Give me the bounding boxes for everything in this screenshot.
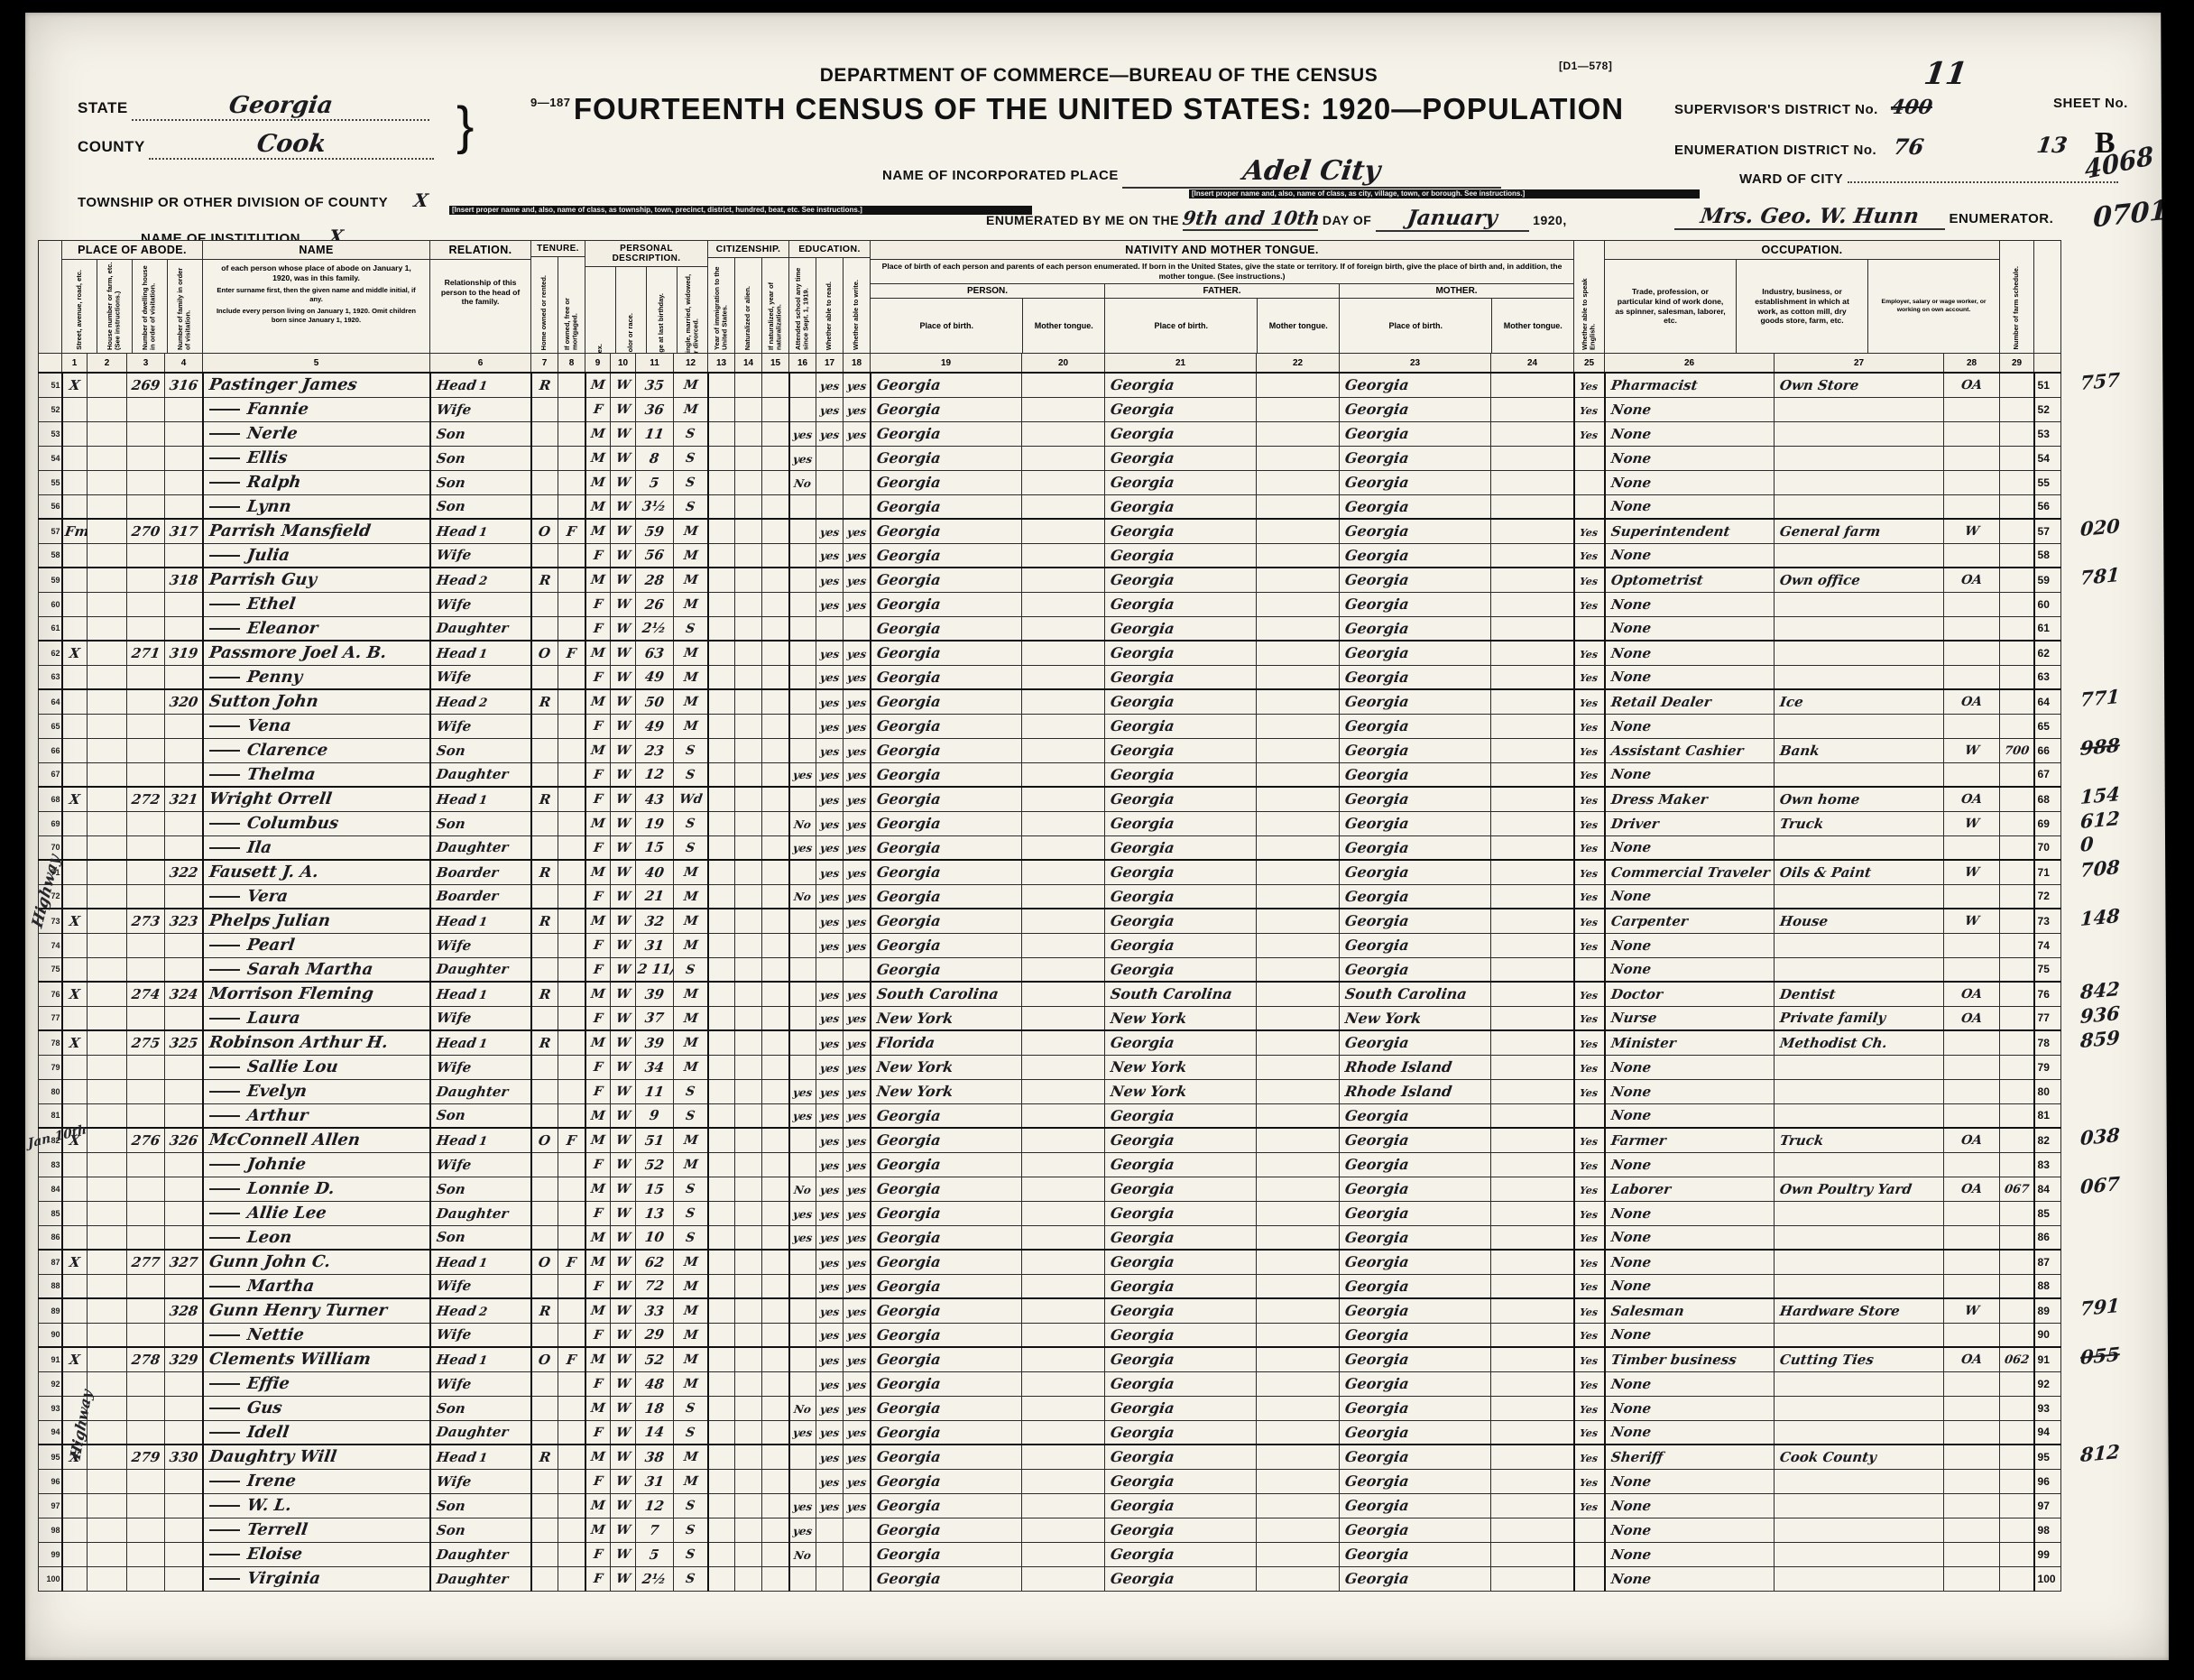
table-row: 94IdellDaughterFW14SyesyesyesGeorgiaGeor… bbox=[39, 1420, 2061, 1445]
line-number-right: 64 bbox=[2034, 689, 2061, 714]
cell-birthplace-mother: Georgia bbox=[1340, 689, 1491, 714]
cell-immigration-year bbox=[708, 1201, 735, 1225]
cell-speaks-english: Yes bbox=[1574, 1371, 1605, 1396]
farm-schedule-col-label: Number of farm schedule. bbox=[2013, 266, 2021, 350]
cell-color-race: W bbox=[611, 1420, 636, 1445]
cell-birthplace-person: Georgia bbox=[871, 1445, 1022, 1469]
cell-trade: None bbox=[1605, 1079, 1775, 1103]
marital-status-col-label: Single, married, widowed, or divorced. bbox=[685, 267, 700, 354]
cell-dwelling-number bbox=[127, 1152, 165, 1177]
cell-birthplace-person: Georgia bbox=[871, 1371, 1022, 1396]
cell-dwelling-number bbox=[127, 568, 165, 592]
cell-dwelling-number bbox=[127, 738, 165, 762]
nativity-note: Place of birth of each person and parent… bbox=[871, 260, 1573, 284]
cell-employer-code bbox=[1944, 1469, 2000, 1493]
cell-mortgage bbox=[558, 1566, 585, 1591]
cell-mother-tongue-mother bbox=[1491, 568, 1574, 592]
cell-marital-status: S bbox=[674, 421, 708, 446]
cell-age: 40 bbox=[636, 860, 674, 884]
cell-dwelling-number bbox=[127, 933, 165, 957]
cell-mother-tongue-mother bbox=[1491, 641, 1574, 665]
cell-mother-tongue-father bbox=[1257, 1152, 1340, 1177]
cell-able-to-read: yes bbox=[816, 860, 843, 884]
cell-birthplace-person: Georgia bbox=[871, 860, 1022, 884]
cell-marital-status: M bbox=[674, 689, 708, 714]
cell-trade: Doctor bbox=[1605, 982, 1775, 1006]
line-number-right: 76 bbox=[2034, 982, 2061, 1006]
cell-naturalized bbox=[735, 1177, 762, 1201]
cell-able-to-read: yes bbox=[816, 1128, 843, 1152]
table-row: 72VeraBoarderFW21MNoyesyesGeorgiaGeorgia… bbox=[39, 884, 2061, 909]
cell-dwelling-number bbox=[127, 1006, 165, 1030]
cell-birthplace-person: Georgia bbox=[871, 811, 1022, 835]
cell-color-race: W bbox=[611, 592, 636, 616]
cell-house-number bbox=[88, 494, 127, 519]
cell-speaks-english bbox=[1574, 1542, 1605, 1566]
cell-able-to-write: yes bbox=[843, 1469, 871, 1493]
cell-age: 59 bbox=[636, 519, 674, 543]
line-number-left: 86 bbox=[39, 1225, 62, 1250]
cell-color-race: W bbox=[611, 1128, 636, 1152]
mother-mother-tongue-label: Mother tongue. bbox=[1492, 299, 1573, 353]
cell-farm-schedule: 067 bbox=[2000, 1177, 2034, 1201]
cell-name: Leon bbox=[203, 1225, 430, 1250]
cell-mother-tongue-father bbox=[1257, 1298, 1340, 1323]
col-number-8: 8 bbox=[558, 354, 585, 374]
cell-mortgage bbox=[558, 592, 585, 616]
cell-birthplace-mother: Georgia bbox=[1340, 494, 1491, 519]
cell-birthplace-mother: Georgia bbox=[1340, 665, 1491, 689]
cell-mother-tongue-person bbox=[1022, 1445, 1105, 1469]
cell-immigration-year bbox=[708, 860, 735, 884]
cell-able-to-write bbox=[843, 957, 871, 982]
cell-employer-code: OA bbox=[1944, 568, 2000, 592]
cell-able-to-write: yes bbox=[843, 641, 871, 665]
line-number-left: 84 bbox=[39, 1177, 62, 1201]
col-number-5: 5 bbox=[203, 354, 430, 374]
line-number-left: 55 bbox=[39, 470, 62, 494]
line-number-right: 85 bbox=[2034, 1201, 2061, 1225]
cell-naturalized bbox=[735, 568, 762, 592]
line-number-right: 71 bbox=[2034, 860, 2061, 884]
cell-mortgage: F bbox=[558, 1128, 585, 1152]
cell-birthplace-father: Georgia bbox=[1105, 543, 1257, 568]
cell-mother-tongue-person bbox=[1022, 1542, 1105, 1566]
cell-able-to-read: yes bbox=[816, 1201, 843, 1225]
line-number-left: 93 bbox=[39, 1396, 62, 1420]
cell-age: 50 bbox=[636, 689, 674, 714]
col-number-15: 15 bbox=[762, 354, 789, 374]
col-number-20: 20 bbox=[1022, 354, 1105, 374]
cell-birthplace-person: Georgia bbox=[871, 1566, 1022, 1591]
cell-employer-code bbox=[1944, 1103, 2000, 1128]
cell-birthplace-person: Georgia bbox=[871, 470, 1022, 494]
cell-dwelling-number bbox=[127, 1542, 165, 1566]
cell-mother-tongue-person bbox=[1022, 446, 1105, 470]
cell-color-race: W bbox=[611, 1177, 636, 1201]
cell-dwelling-number bbox=[127, 446, 165, 470]
cell-street bbox=[62, 1177, 88, 1201]
cell-mortgage bbox=[558, 1103, 585, 1128]
cell-able-to-write bbox=[843, 1542, 871, 1566]
cell-industry bbox=[1775, 1250, 1944, 1274]
cell-attended-school bbox=[789, 738, 816, 762]
cell-sex: F bbox=[585, 835, 611, 860]
cell-birthplace-mother: Georgia bbox=[1340, 714, 1491, 738]
cell-immigration-year bbox=[708, 1274, 735, 1298]
cell-employer-code bbox=[1944, 397, 2000, 421]
cell-color-race: W bbox=[611, 1518, 636, 1542]
enumeration-district-line: ENUMERATION DISTRICT No. 76 bbox=[1674, 134, 1923, 160]
father-place-of-birth-label: Place of birth. bbox=[1105, 299, 1258, 353]
cell-mother-tongue-person bbox=[1022, 421, 1105, 446]
cell-attended-school bbox=[789, 860, 816, 884]
cell-birthplace-mother: Georgia bbox=[1340, 787, 1491, 811]
line-number-right: 83 bbox=[2034, 1152, 2061, 1177]
cell-employer-code: W bbox=[1944, 519, 2000, 543]
cell-age: 11 bbox=[636, 1079, 674, 1103]
cell-employer-code: OA bbox=[1944, 1006, 2000, 1030]
cell-employer-code bbox=[1944, 1079, 2000, 1103]
cell-trade: None bbox=[1605, 397, 1775, 421]
cell-birthplace-father: New York bbox=[1105, 1055, 1257, 1079]
line-number-right: 77 bbox=[2034, 1006, 2061, 1030]
cell-mortgage bbox=[558, 835, 585, 860]
cell-birthplace-father: New York bbox=[1105, 1079, 1257, 1103]
cell-naturalized bbox=[735, 762, 762, 787]
cell-speaks-english: Yes bbox=[1574, 641, 1605, 665]
line-number-right: 100 bbox=[2034, 1566, 2061, 1591]
cell-employer-code bbox=[1944, 884, 2000, 909]
cell-relation: Head2 bbox=[430, 689, 531, 714]
age-col-label: Age at last birthday. bbox=[658, 293, 666, 354]
cell-color-race: W bbox=[611, 909, 636, 933]
line-number-left: 88 bbox=[39, 1274, 62, 1298]
cell-dwelling-number bbox=[127, 592, 165, 616]
cell-name: Pastinger James bbox=[203, 373, 430, 397]
cell-color-race: W bbox=[611, 1250, 636, 1274]
cell-speaks-english: Yes bbox=[1574, 1225, 1605, 1250]
cell-color-race: W bbox=[611, 519, 636, 543]
line-number-left: 96 bbox=[39, 1469, 62, 1493]
cell-tenure bbox=[531, 421, 558, 446]
cell-age: 39 bbox=[636, 982, 674, 1006]
line-number-left: 98 bbox=[39, 1518, 62, 1542]
cell-birthplace-person: Georgia bbox=[871, 689, 1022, 714]
cell-street bbox=[62, 1152, 88, 1177]
cell-birthplace-mother: Georgia bbox=[1340, 1371, 1491, 1396]
cell-industry bbox=[1775, 1493, 1944, 1518]
margin-number-line-76: 842 bbox=[2079, 977, 2120, 1003]
cell-birthplace-father: Georgia bbox=[1105, 714, 1257, 738]
cell-naturalization-year bbox=[762, 592, 789, 616]
line-number-right: 99 bbox=[2034, 1542, 2061, 1566]
cell-color-race: W bbox=[611, 543, 636, 568]
cell-farm-schedule bbox=[2000, 1445, 2034, 1469]
cell-family-number bbox=[165, 1006, 203, 1030]
census-title: FOURTEENTH CENSUS OF THE UNITED STATES: … bbox=[512, 92, 1685, 126]
cell-color-race: W bbox=[611, 1371, 636, 1396]
cell-relation: Wife bbox=[430, 1055, 531, 1079]
cell-able-to-write: yes bbox=[843, 1006, 871, 1030]
cell-mother-tongue-mother bbox=[1491, 470, 1574, 494]
cell-birthplace-father: Georgia bbox=[1105, 1030, 1257, 1055]
col-number-7: 7 bbox=[531, 354, 558, 374]
table-row: 83JohnieWifeFW52MyesyesGeorgiaGeorgiaGeo… bbox=[39, 1152, 2061, 1177]
cell-able-to-write: yes bbox=[843, 373, 871, 397]
cell-birthplace-mother: South Carolina bbox=[1340, 982, 1491, 1006]
occupation-header: OCCUPATION. Trade, profession, or partic… bbox=[1605, 241, 2000, 354]
cell-industry bbox=[1775, 665, 1944, 689]
line-number-left: 68 bbox=[39, 787, 62, 811]
sheet-number: 13 bbox=[2035, 132, 2069, 158]
cell-mother-tongue-person bbox=[1022, 1055, 1105, 1079]
farm-schedule-header: Number of farm schedule. bbox=[2000, 241, 2034, 354]
table-row: 53NerleSonMW11SyesyesyesGeorgiaGeorgiaGe… bbox=[39, 421, 2061, 446]
cell-naturalization-year bbox=[762, 1493, 789, 1518]
cell-employer-code bbox=[1944, 470, 2000, 494]
cell-attended-school bbox=[789, 787, 816, 811]
name-note-3: Include every person living on January 1… bbox=[207, 305, 426, 326]
cell-street bbox=[62, 665, 88, 689]
cell-immigration-year bbox=[708, 421, 735, 446]
cell-birthplace-father: Georgia bbox=[1105, 1103, 1257, 1128]
cell-mother-tongue-father bbox=[1257, 543, 1340, 568]
cell-trade: Superintendent bbox=[1605, 519, 1775, 543]
cell-relation: Daughter bbox=[430, 1079, 531, 1103]
naturalized-col-label: Naturalized or alien. bbox=[744, 286, 752, 350]
cell-mortgage bbox=[558, 1420, 585, 1445]
cell-trade: None bbox=[1605, 884, 1775, 909]
cell-mother-tongue-person bbox=[1022, 1274, 1105, 1298]
cell-birthplace-person: Georgia bbox=[871, 884, 1022, 909]
cell-birthplace-mother: Georgia bbox=[1340, 373, 1491, 397]
name-title: NAME bbox=[203, 241, 429, 260]
cell-house-number bbox=[88, 1030, 127, 1055]
table-row: 60EthelWifeFW26MyesyesGeorgiaGeorgiaGeor… bbox=[39, 592, 2061, 616]
cell-relation: Wife bbox=[430, 714, 531, 738]
table-row: 86LeonSonMW10SyesyesyesGeorgiaGeorgiaGeo… bbox=[39, 1225, 2061, 1250]
cell-sex: F bbox=[585, 1055, 611, 1079]
cell-birthplace-father: Georgia bbox=[1105, 762, 1257, 787]
margin-number-line-71: 708 bbox=[2079, 855, 2120, 882]
cell-speaks-english: Yes bbox=[1574, 421, 1605, 446]
cell-mother-tongue-person bbox=[1022, 543, 1105, 568]
sex-col-label: Sex. bbox=[596, 344, 604, 354]
cell-immigration-year bbox=[708, 519, 735, 543]
line-number-left: 95 bbox=[39, 1445, 62, 1469]
cell-color-race: W bbox=[611, 373, 636, 397]
table-row: 96IreneWifeFW31MyesyesGeorgiaGeorgiaGeor… bbox=[39, 1469, 2061, 1493]
cell-speaks-english: Yes bbox=[1574, 1493, 1605, 1518]
cell-attended-school bbox=[789, 909, 816, 933]
enumeration-district-value: 76 bbox=[1892, 134, 1925, 160]
cell-birthplace-father: Georgia bbox=[1105, 957, 1257, 982]
cell-marital-status: M bbox=[674, 1006, 708, 1030]
cell-age: 48 bbox=[636, 1371, 674, 1396]
cell-name: Sallie Lou bbox=[203, 1055, 430, 1079]
cell-mortgage bbox=[558, 494, 585, 519]
cell-age: 12 bbox=[636, 1493, 674, 1518]
cell-sex: F bbox=[585, 787, 611, 811]
cell-industry: House bbox=[1775, 909, 1944, 933]
cell-street bbox=[62, 543, 88, 568]
cell-speaks-english: Yes bbox=[1574, 714, 1605, 738]
cell-birthplace-mother: Georgia bbox=[1340, 835, 1491, 860]
line-number-left: 57 bbox=[39, 519, 62, 543]
enumeration-district-label: ENUMERATION DISTRICT No. bbox=[1674, 143, 1876, 158]
cell-birthplace-person: Georgia bbox=[871, 1152, 1022, 1177]
cell-naturalization-year bbox=[762, 909, 789, 933]
cell-birthplace-person: Georgia bbox=[871, 592, 1022, 616]
cell-able-to-read bbox=[816, 446, 843, 470]
cell-mother-tongue-father bbox=[1257, 1371, 1340, 1396]
cell-industry: Truck bbox=[1775, 811, 1944, 835]
cell-sex: M bbox=[585, 373, 611, 397]
cell-mother-tongue-mother bbox=[1491, 1518, 1574, 1542]
cell-employer-code bbox=[1944, 665, 2000, 689]
cell-trade: Nurse bbox=[1605, 1006, 1775, 1030]
cell-naturalized bbox=[735, 1493, 762, 1518]
cell-naturalization-year bbox=[762, 519, 789, 543]
cell-family-number: 320 bbox=[165, 689, 203, 714]
cell-age: 2½ bbox=[636, 1566, 674, 1591]
cell-age: 5 bbox=[636, 1542, 674, 1566]
cell-sex: F bbox=[585, 1323, 611, 1347]
margin-number-line-78: 859 bbox=[2079, 1026, 2120, 1052]
cell-color-race: W bbox=[611, 1493, 636, 1518]
cell-mother-tongue-mother bbox=[1491, 543, 1574, 568]
cell-trade: None bbox=[1605, 1274, 1775, 1298]
cell-birthplace-father: Georgia bbox=[1105, 616, 1257, 641]
cell-mortgage bbox=[558, 1323, 585, 1347]
cell-industry bbox=[1775, 835, 1944, 860]
cell-farm-schedule bbox=[2000, 616, 2034, 641]
cell-employer-code: OA bbox=[1944, 373, 2000, 397]
cell-marital-status: M bbox=[674, 1469, 708, 1493]
supervisor-district-struck: 400 bbox=[1889, 96, 1934, 119]
cell-dwelling-number bbox=[127, 860, 165, 884]
cell-trade: None bbox=[1605, 1493, 1775, 1518]
immigration-year-col-label: Year of immigration to the United States… bbox=[714, 260, 729, 350]
cell-able-to-read: yes bbox=[816, 1030, 843, 1055]
cell-tenure bbox=[531, 957, 558, 982]
table-row: 81ArthurSonMW9SyesyesyesGeorgiaGeorgiaGe… bbox=[39, 1103, 2061, 1128]
table-row: 87X277327Gunn John C.Head1OFMW62MyesyesG… bbox=[39, 1250, 2061, 1274]
cell-able-to-read: yes bbox=[816, 1493, 843, 1518]
cell-marital-status: M bbox=[674, 1274, 708, 1298]
cell-marital-status: Wd bbox=[674, 787, 708, 811]
cell-speaks-english: Yes bbox=[1574, 1469, 1605, 1493]
cell-street: X bbox=[62, 1347, 88, 1371]
cell-relation: Wife bbox=[430, 933, 531, 957]
cell-age: 51 bbox=[636, 1128, 674, 1152]
cell-able-to-read: yes bbox=[816, 933, 843, 957]
cell-attended-school bbox=[789, 568, 816, 592]
cell-immigration-year bbox=[708, 1152, 735, 1177]
cell-farm-schedule bbox=[2000, 1006, 2034, 1030]
name-note-1: of each person whose place of abode on J… bbox=[207, 262, 426, 284]
cell-able-to-write: yes bbox=[843, 835, 871, 860]
cell-attended-school bbox=[789, 982, 816, 1006]
cell-mortgage bbox=[558, 982, 585, 1006]
cell-family-number bbox=[165, 1396, 203, 1420]
cell-attended-school bbox=[789, 1566, 816, 1591]
cell-naturalization-year bbox=[762, 1274, 789, 1298]
cell-speaks-english: Yes bbox=[1574, 835, 1605, 860]
table-row: 57Fm270317Parrish MansfieldHead1OFMW59My… bbox=[39, 519, 2061, 543]
cell-marital-status: S bbox=[674, 762, 708, 787]
cell-able-to-read bbox=[816, 1542, 843, 1566]
cell-family-number bbox=[165, 957, 203, 982]
cell-naturalization-year bbox=[762, 1225, 789, 1250]
cell-mortgage bbox=[558, 689, 585, 714]
cell-attended-school bbox=[789, 1128, 816, 1152]
cell-marital-status: S bbox=[674, 957, 708, 982]
cell-employer-code: OA bbox=[1944, 689, 2000, 714]
cell-speaks-english: Yes bbox=[1574, 665, 1605, 689]
cell-name: Idell bbox=[203, 1420, 430, 1445]
cell-speaks-english: Yes bbox=[1574, 592, 1605, 616]
cell-able-to-write: yes bbox=[843, 860, 871, 884]
column-number-row: 1234567891011121314151617181920212223242… bbox=[39, 354, 2061, 374]
cell-immigration-year bbox=[708, 1177, 735, 1201]
cell-mortgage bbox=[558, 1079, 585, 1103]
cell-birthplace-person: Georgia bbox=[871, 1469, 1022, 1493]
cell-marital-status: M bbox=[674, 592, 708, 616]
cell-birthplace-father: Georgia bbox=[1105, 1469, 1257, 1493]
cell-family-number: 327 bbox=[165, 1250, 203, 1274]
cell-house-number bbox=[88, 641, 127, 665]
cell-name: Parrish Guy bbox=[203, 568, 430, 592]
cell-speaks-english: Yes bbox=[1574, 811, 1605, 835]
cell-marital-status: S bbox=[674, 1542, 708, 1566]
cell-house-number bbox=[88, 592, 127, 616]
cell-age: 28 bbox=[636, 568, 674, 592]
cell-mother-tongue-mother bbox=[1491, 738, 1574, 762]
cell-attended-school: yes bbox=[789, 1201, 816, 1225]
cell-naturalized bbox=[735, 1323, 762, 1347]
cell-age: 15 bbox=[636, 835, 674, 860]
cell-relation: Son bbox=[430, 1396, 531, 1420]
cell-marital-status: M bbox=[674, 1323, 708, 1347]
personal-description-title: PERSONAL DESCRIPTION. bbox=[585, 241, 707, 267]
state-label: STATE bbox=[78, 99, 128, 116]
cell-able-to-read: yes bbox=[816, 1323, 843, 1347]
cell-farm-schedule bbox=[2000, 1201, 2034, 1225]
cell-naturalization-year bbox=[762, 373, 789, 397]
cell-mother-tongue-mother bbox=[1491, 1225, 1574, 1250]
ward-label: WARD OF CITY bbox=[1739, 171, 1843, 187]
cell-naturalization-year bbox=[762, 1006, 789, 1030]
cell-naturalization-year bbox=[762, 616, 789, 641]
cell-mother-tongue-person bbox=[1022, 1493, 1105, 1518]
cell-sex: F bbox=[585, 1420, 611, 1445]
cell-naturalization-year bbox=[762, 1152, 789, 1177]
cell-able-to-read: yes bbox=[816, 1055, 843, 1079]
cell-speaks-english: Yes bbox=[1574, 568, 1605, 592]
cell-color-race: W bbox=[611, 641, 636, 665]
table-row: 88MarthaWifeFW72MyesyesGeorgiaGeorgiaGeo… bbox=[39, 1274, 2061, 1298]
cell-street bbox=[62, 1079, 88, 1103]
cell-able-to-read: yes bbox=[816, 1250, 843, 1274]
line-number-left: 76 bbox=[39, 982, 62, 1006]
cell-birthplace-person: Georgia bbox=[871, 1177, 1022, 1201]
cell-street bbox=[62, 689, 88, 714]
cell-attended-school bbox=[789, 1006, 816, 1030]
cell-mortgage bbox=[558, 933, 585, 957]
cell-mother-tongue-father bbox=[1257, 494, 1340, 519]
